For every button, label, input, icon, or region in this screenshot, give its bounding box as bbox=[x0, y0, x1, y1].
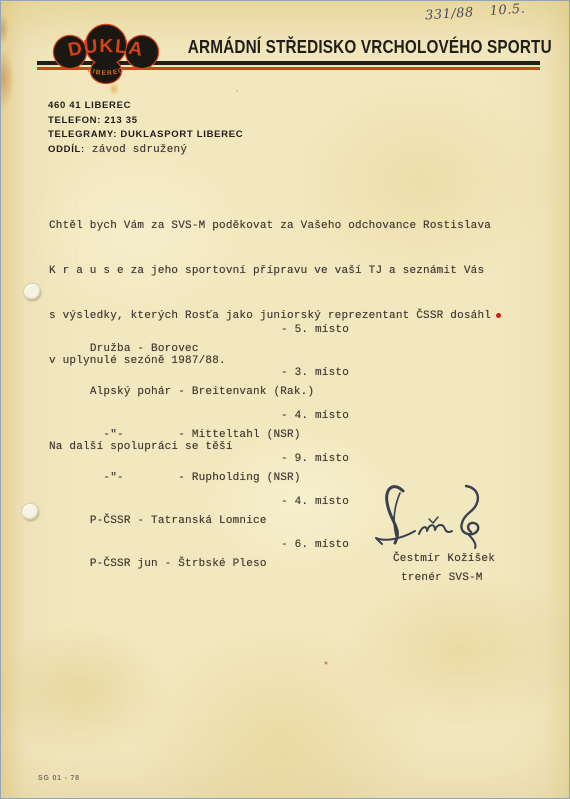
result-rank: - 3. místo bbox=[281, 364, 349, 383]
telegramy-line: TELEGRAMY: DUKLASPORT LIBEREC bbox=[48, 128, 243, 143]
body-line: K r a u s e za jeho sportovní přípravu v… bbox=[49, 261, 501, 282]
result-rank: - 5. místo bbox=[281, 321, 349, 340]
result-event: Alpský pohár - Breitenvank (Rak.) bbox=[90, 386, 314, 398]
result-row: Alpský pohár - Breitenvank (Rak.) - 3. m… bbox=[49, 364, 314, 383]
department-value: závod sdružený bbox=[92, 144, 187, 156]
result-row: Družba - Borovec - 5. místo bbox=[49, 321, 314, 340]
telefon-line: TELEFON: 213 35 bbox=[48, 114, 243, 129]
result-event: -"- - Rupholding (NSR) bbox=[90, 472, 301, 484]
handwritten-date: 10.5. bbox=[489, 2, 526, 19]
result-row: P-ČSSR - Tatranská Lomnice - 4. místo bbox=[49, 493, 314, 512]
punch-hole bbox=[22, 504, 39, 521]
result-rank: - 4. místo bbox=[281, 493, 349, 512]
handwritten-signature bbox=[369, 479, 504, 559]
org-title: ARMÁDNÍ STŘEDISKO VRCHOLOVÉHO SPORTU bbox=[188, 37, 514, 58]
body-line: Chtěl bych Vám za SVS-M poděkovat za Vaš… bbox=[49, 216, 501, 237]
department-line: ODDÍL: závod sdružený bbox=[48, 143, 243, 158]
result-event: P-ČSSR jun - Štrbské Pleso bbox=[90, 558, 267, 570]
handwritten-note: 331/8810.5. bbox=[425, 2, 526, 24]
result-event: P-ČSSR - Tatranská Lomnice bbox=[90, 515, 267, 527]
result-row: -"- - Mitteltahl (NSR) - 4. místo bbox=[49, 407, 314, 426]
red-ink-dot bbox=[496, 313, 501, 318]
result-rank: - 4. místo bbox=[281, 407, 349, 426]
letter-page: 331/8810.5. DUKLA bbox=[0, 0, 570, 799]
contact-block: 460 41 LIBEREC TELEFON: 213 35 TELEGRAMY… bbox=[48, 99, 243, 158]
note-gap bbox=[474, 15, 490, 16]
signatory-name: Čestmír Kožíšek bbox=[393, 550, 495, 569]
signatory-role: trenér SVS-M bbox=[401, 569, 483, 588]
result-row: P-ČSSR jun - Štrbské Pleso - 6. místo bbox=[49, 536, 314, 555]
department-label: ODDÍL: bbox=[48, 143, 85, 158]
dukla-liberec-logo-icon: DUKLA LIBEREC bbox=[49, 23, 163, 87]
form-code: SG 01 - 78 bbox=[38, 775, 80, 782]
closing-line: Na další spolupráci se těší bbox=[49, 437, 233, 458]
punch-hole bbox=[24, 284, 41, 301]
result-rank: - 9. místo bbox=[281, 450, 349, 469]
result-event: Družba - Borovec bbox=[90, 343, 199, 355]
handwritten-ref-number: 331/88 bbox=[425, 5, 475, 23]
result-rank: - 6. místo bbox=[281, 536, 349, 555]
dukla-logo-svg: DUKLA LIBEREC bbox=[49, 23, 163, 87]
postal-address: 460 41 LIBEREC bbox=[48, 99, 243, 114]
